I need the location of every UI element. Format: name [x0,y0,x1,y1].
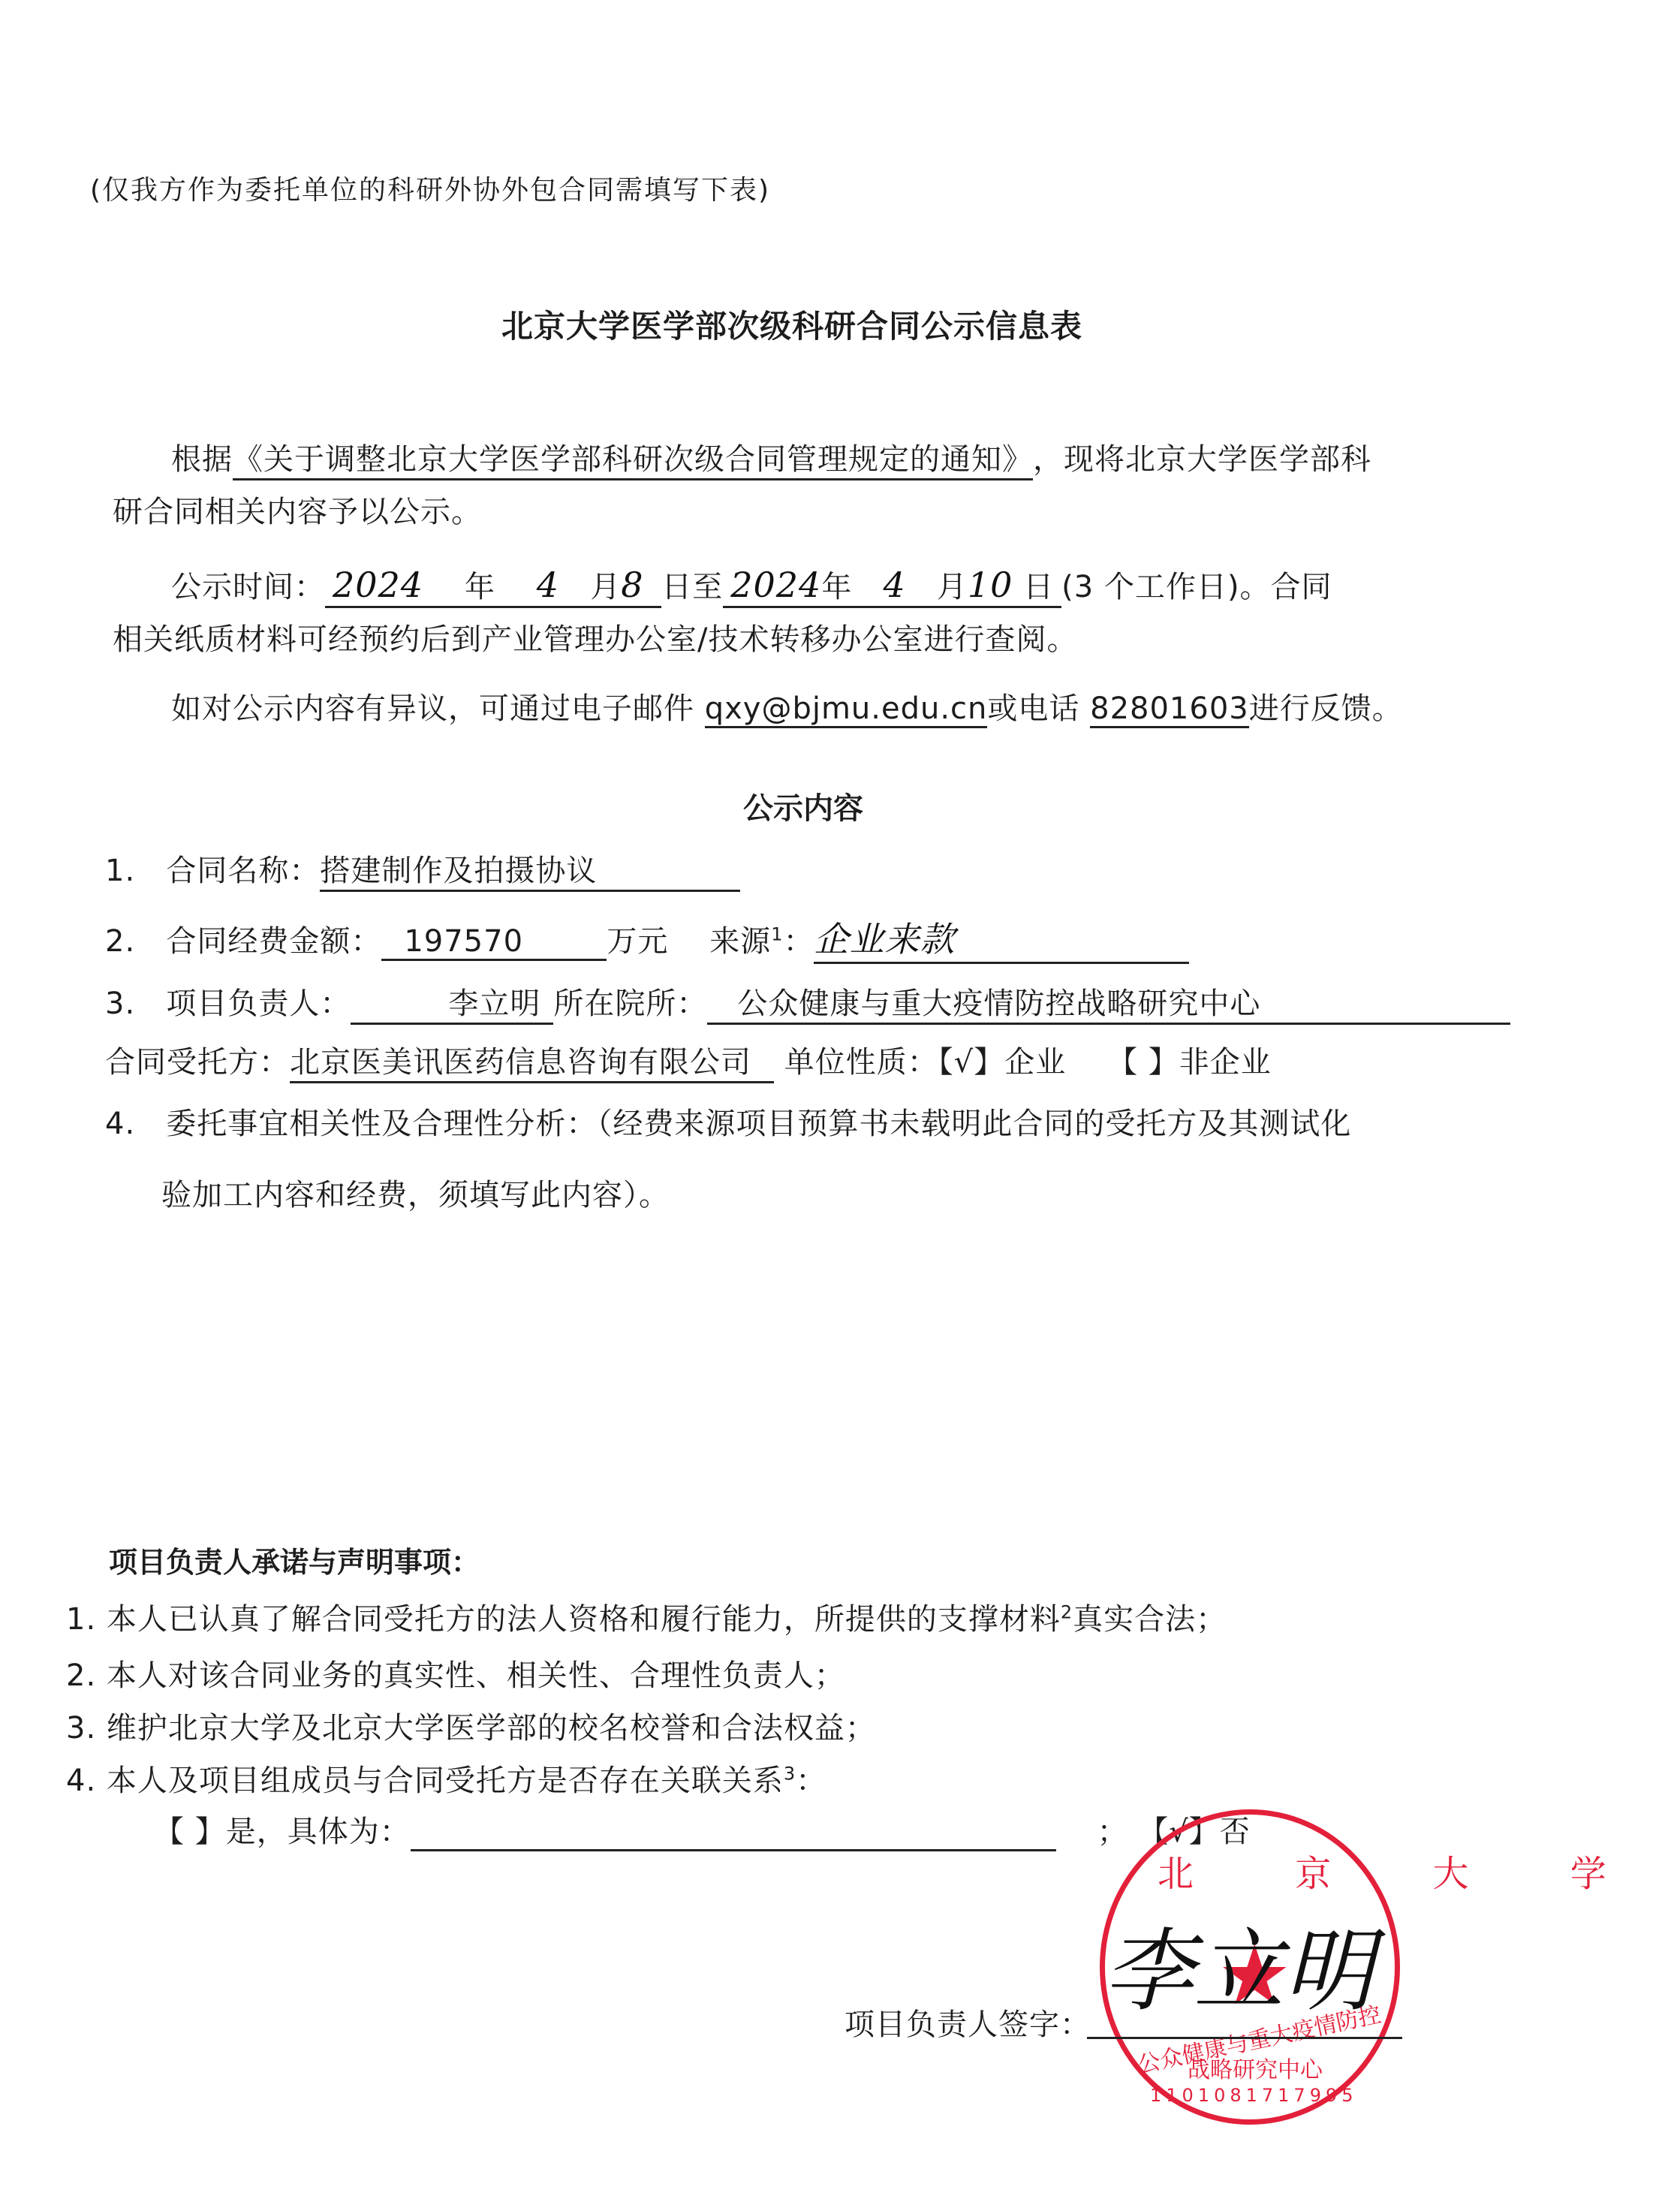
analysis-text: （经费来源项目预算书未载明此合同的受托方及其测试化 [597,1107,1351,1141]
item-analysis: 4. 委托事宜相关性及合理性分析：（经费来源项目预算书未载明此合同的受托方及其测… [105,1100,1351,1143]
handwritten-signature: 李立明 [1103,1899,1374,2029]
section-title: 公示内容 [743,785,863,827]
feedback-prefix: 如对公示内容有异议，可通过电子邮件 [171,691,705,726]
end-year: 2024 [730,565,821,605]
period-line-1: 公示时间：2024 年 4 月8 日至2024年 4 月10 日(3 个工作日)… [171,563,1332,608]
start-year: 2024 [333,565,423,605]
end-day: 10 [968,565,1013,605]
amount-unit: 万元 [607,924,668,959]
declaration-text: 2. 本人对该合同业务的真实性、相关性、合理性负责人； [66,1658,845,1693]
analysis-text-line-2: 验加工内容和经费，须填写此内容）。 [161,1171,670,1214]
trustee-value: 北京医美讯医药信息咨询有限公司 [290,1038,774,1083]
seal-number: 1101081717995 [1150,2085,1358,2106]
analysis-label: 委托事宜相关性及合理性分析： [166,1107,597,1141]
item-number: 4. [105,1107,135,1141]
signature-line[interactable] [1087,2037,1402,2039]
footnote-marker: 3 [784,1764,796,1785]
trustee-label: 合同受托方： [105,1045,290,1080]
nature-non-enterprise-checkbox[interactable]: 【 】非企业 [1107,1045,1272,1080]
amount-label: 合同经费金额： [166,924,381,959]
footnote-marker: 2 [1061,1602,1073,1623]
institute-value: 公众健康与重大疫情防控战略研究中心 [707,980,1510,1025]
source-value: 企业来款 [814,912,1189,964]
item-number: 3. [105,987,135,1021]
nature-label: 单位性质： [784,1045,938,1080]
contract-name-label: 合同名称： [166,854,320,888]
to-char: 至 [692,570,723,604]
item-contract-name: 1. 合同名称：搭建制作及拍摄协议 [105,847,740,892]
amount-value: 197570 [381,924,607,961]
year-char: 年 [465,570,495,604]
page-title: 北京大学医学部次级科研合同公示信息表 [501,302,1082,347]
relation-detail-field[interactable] [411,1815,1056,1851]
relation-options: 【 】是，具体为： ； 【√】否 [154,1808,1251,1851]
header-note: (仅我方作为委托单位的科研外协外包合同需填写下表) [90,169,770,207]
separator: ； [1097,1815,1128,1849]
item-number: 2. [105,924,135,959]
contract-name-value: 搭建制作及拍摄协议 [320,847,740,892]
intro-suffix: ，现将北京大学医学部科 [1033,442,1371,477]
end-date-field: 2024年 4 月10 日 [723,563,1061,608]
feedback-middle: 或电话 [987,691,1090,726]
nature-enterprise-checkbox[interactable]: 【√】企业 [938,1045,1067,1080]
email-link[interactable]: qxy@bjmu.edu.cn [705,691,988,728]
item-amount: 2. 合同经费金额：197570万元 来源1：企业来款 [105,912,1189,964]
seal-bottom-text: 战略研究中心 [1188,2051,1323,2084]
signature-label: 项目负责人签字： [845,2001,1091,2044]
item-trustee: 合同受托方：北京医美讯医药信息咨询有限公司 单位性质：【√】企业 【 】非企业 [105,1038,1272,1083]
end-month: 4 [883,565,905,605]
declaration-item: 2. 本人对该合同业务的真实性、相关性、合理性负责人； [66,1652,845,1694]
declaration-tail: 真实合法； [1073,1602,1227,1637]
declaration-item: 3. 维护北京大学及北京大学医学部的校名校誉和合法权益； [66,1704,876,1747]
phone-number: 82801603 [1090,691,1249,728]
year-char: 年 [821,570,852,604]
leader-label: 项目负责人： [166,987,351,1021]
declaration-item: 4. 本人及项目组成员与合同受托方是否存在关联关系3： [66,1757,826,1800]
intro-line-1: 根据《关于调整北京大学医学部科研次级合同管理规定的通知》，现将北京大学医学部科 [171,435,1371,480]
declaration-text: 3. 维护北京大学及北京大学医学部的校名校誉和合法权益； [66,1711,876,1746]
source-label: 来源 [709,924,771,959]
declaration-text: 1. 本人已认真了解合同受托方的法人资格和履行能力，所提供的支撑材料 [66,1602,1061,1637]
declaration-text: 4. 本人及项目组成员与合同受托方是否存在关联关系 [66,1764,784,1798]
intro-line-2: 研合同相关内容予以公示。 [113,488,482,531]
item-number: 1. [105,854,135,888]
declaration-item: 1. 本人已认真了解合同受托方的法人资格和履行能力，所提供的支撑材料2真实合法； [66,1595,1227,1638]
day-char: 日 [661,570,692,604]
period-line-2: 相关纸质材料可经预约后到产业管理办公室/技术转移办公室进行查阅。 [113,616,1077,658]
item-leader: 3. 项目负责人：李立明所在院所：公众健康与重大疫情防控战略研究中心 [105,980,1510,1025]
month-char: 月 [590,570,621,604]
declaration-title: 项目负责人承诺与声明事项： [109,1539,480,1580]
start-month: 4 [537,565,559,605]
period-label: 公示时间： [171,570,325,604]
declaration-tail: ： [796,1764,826,1798]
start-date-field: 2024 年 4 月8 [325,563,661,608]
duration: (3 个工作日)。合同 [1061,570,1332,604]
feedback-line: 如对公示内容有异议，可通过电子邮件 qxy@bjmu.edu.cn或电话 828… [171,685,1403,728]
leader-value: 李立明 [351,980,553,1025]
notice-title: 《关于调整北京大学医学部科研次级合同管理规定的通知》 [233,435,1033,480]
footnote-marker: 1 [771,924,783,945]
relation-yes-checkbox[interactable]: 【 】是，具体为： [154,1815,411,1849]
institute-label: 所在院所： [553,987,707,1021]
seal-top-text: 北 京 大 学 [1158,1845,1651,1896]
month-char: 月 [937,570,968,604]
feedback-suffix: 进行反馈。 [1249,691,1403,726]
start-day: 8 [621,565,643,605]
day-char: 日 [1023,570,1054,604]
intro-prefix: 根据 [171,442,233,477]
